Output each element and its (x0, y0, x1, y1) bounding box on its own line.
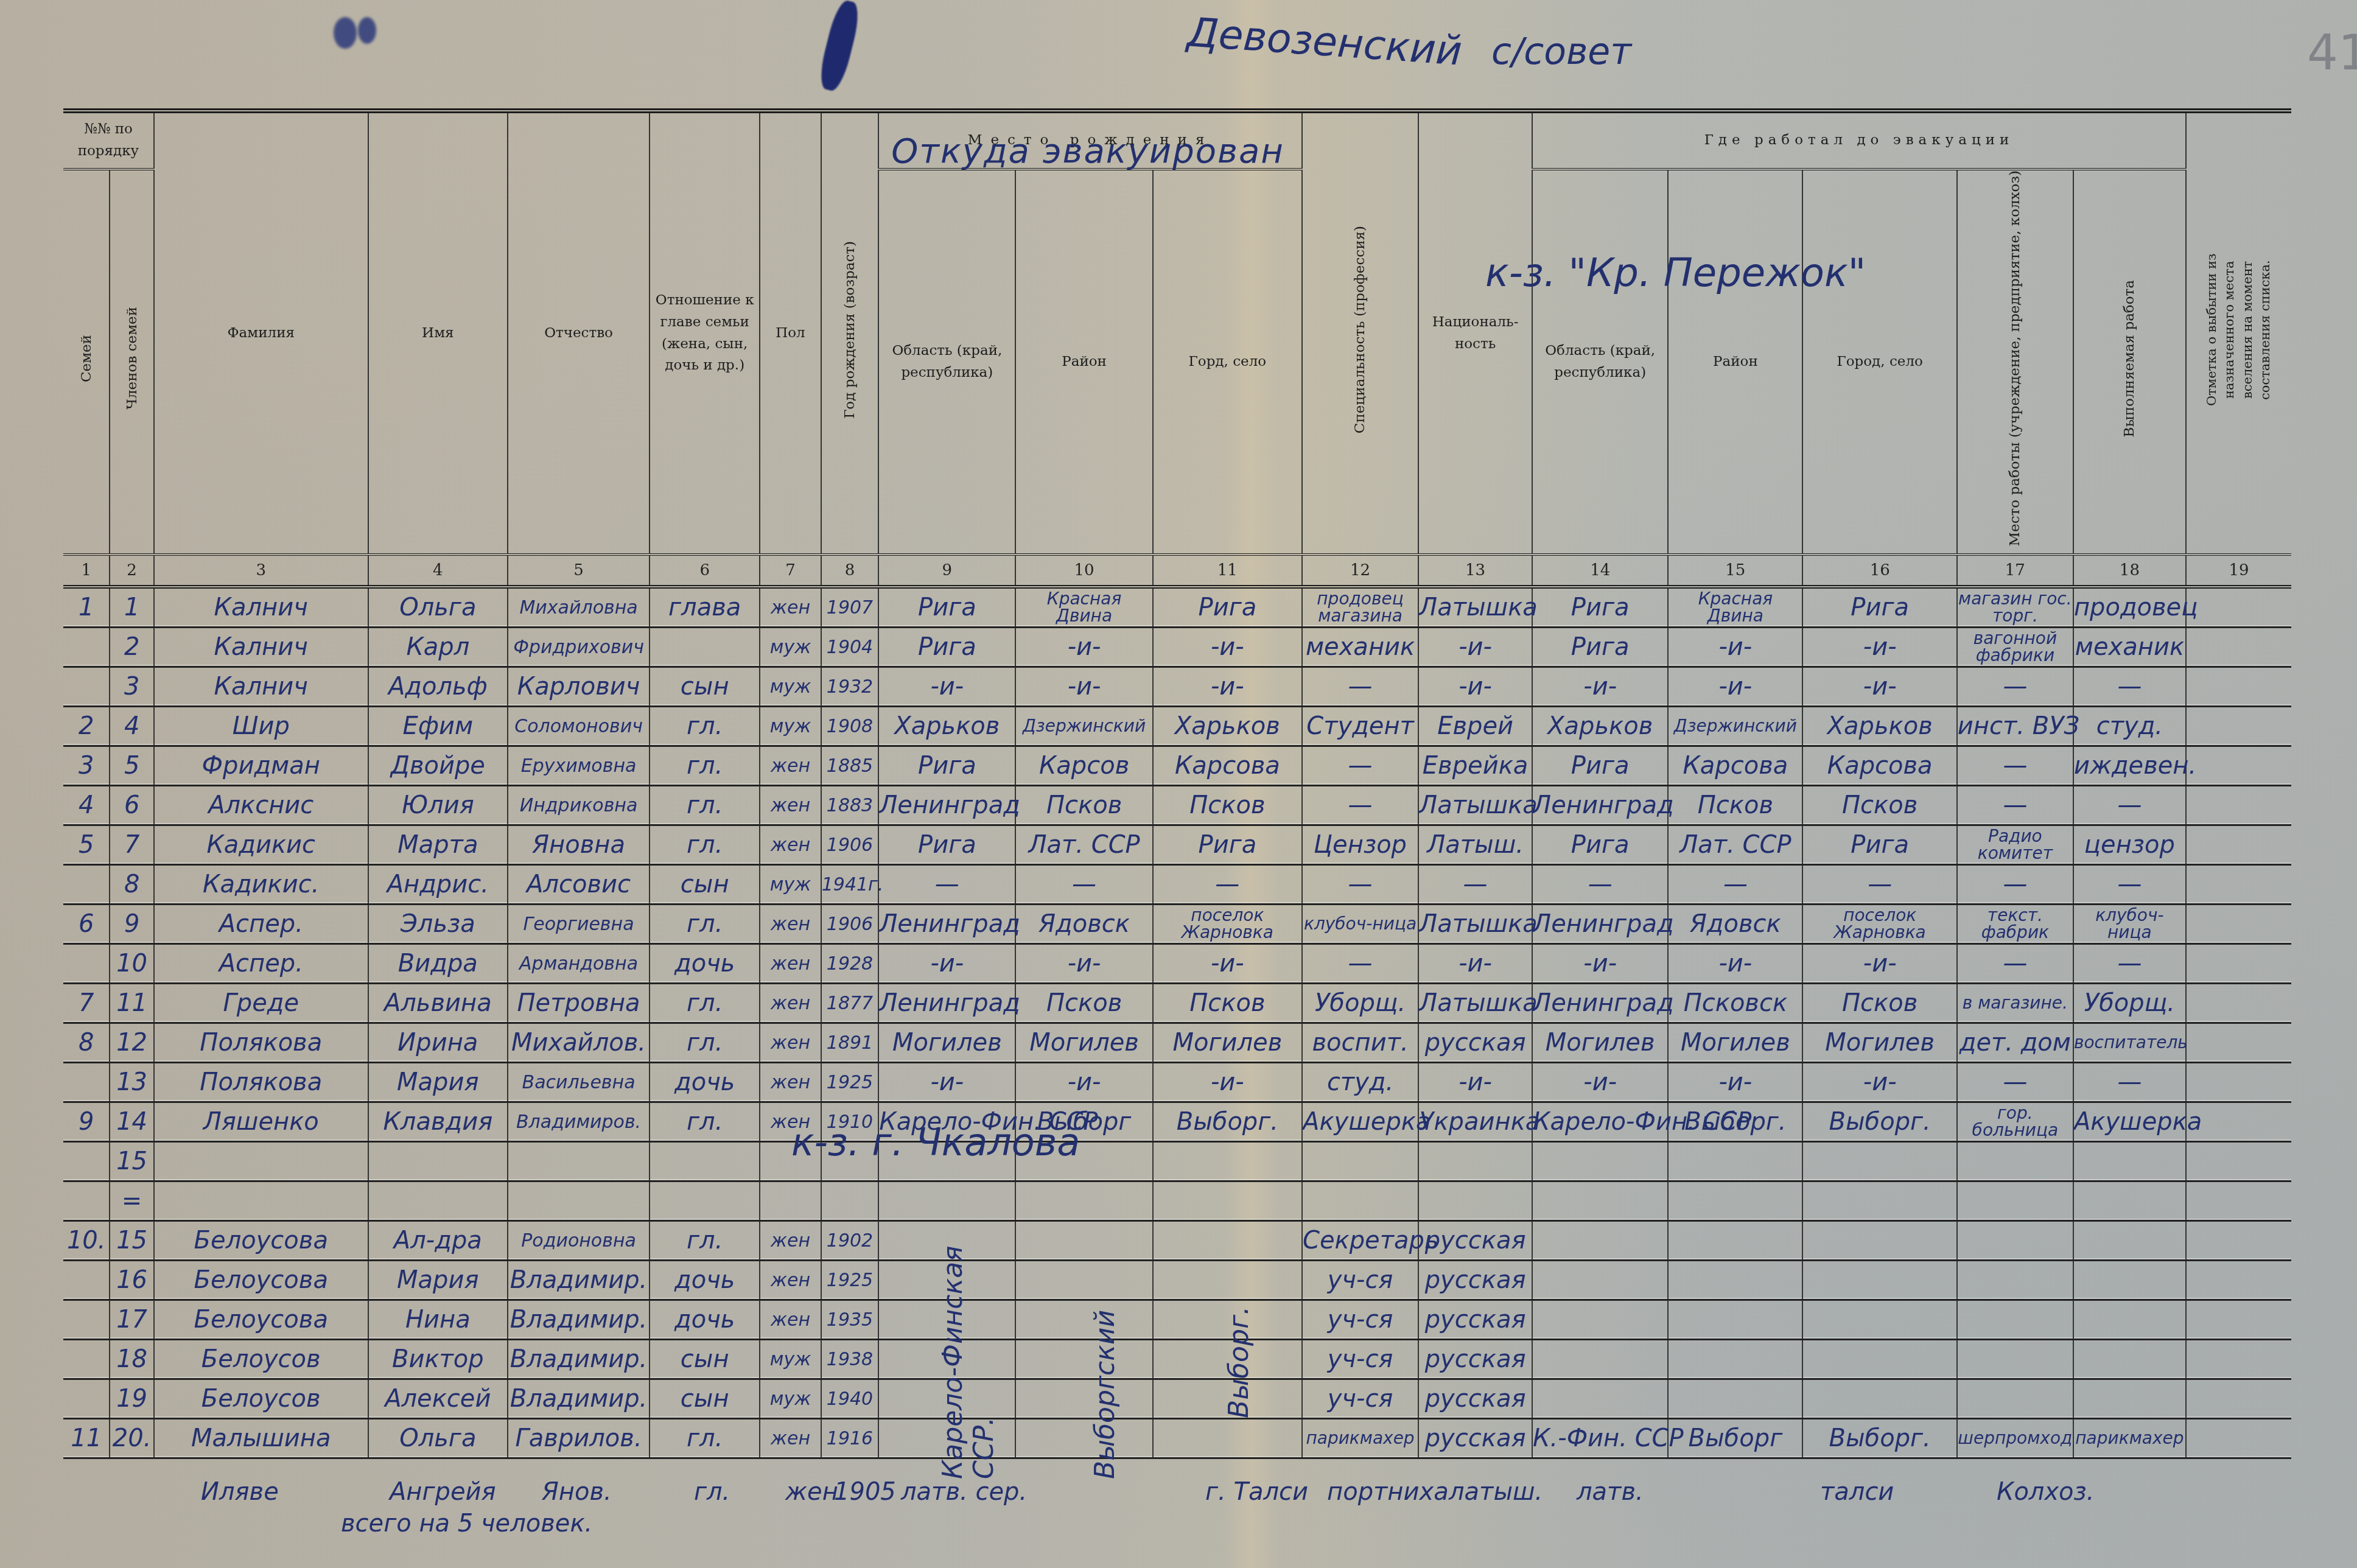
footer-total-note: всего на 5 человек. (341, 1510, 592, 1538)
cell-fam: 8 (63, 1023, 110, 1063)
cell-bp-dist: Ядовск (1015, 905, 1152, 944)
cell-year: 1908 (821, 707, 879, 746)
cell-w-dist: -и- (1668, 1063, 1802, 1102)
cell-w-place: вагонной фабрики (1957, 628, 2073, 667)
cell-nat: Латыш. (1418, 825, 1532, 865)
cell-bp-city: -и- (1153, 667, 1302, 707)
cell-patr: Владимиров. (508, 1102, 650, 1142)
cell-bp-city: Харьков (1153, 707, 1302, 746)
cell-bp-dist: — (1015, 865, 1152, 905)
column-number: 3 (154, 555, 368, 587)
cell-surname: Белоусова (154, 1261, 368, 1300)
cell-note (2186, 1419, 2291, 1458)
cell-w-place: текст. фабрик (1957, 905, 2073, 944)
cell-nat: русская (1418, 1221, 1532, 1261)
cell-note (2186, 984, 2291, 1023)
cell-w-job (2073, 1142, 2186, 1181)
cell-patr: Владимир. (508, 1261, 650, 1300)
cell-w-reg (1532, 1379, 1668, 1419)
cell-w-place: дет. дом (1957, 1023, 2073, 1063)
cell-nat: русская (1418, 1379, 1532, 1419)
cell-w-reg: Ленинград (1532, 786, 1668, 825)
header-birthplace-group: Место рождения Откуда эвакуирован (878, 111, 1302, 169)
cell-w-place (1957, 1340, 2073, 1379)
cell-surname: Аспер. (154, 905, 368, 944)
cell-fam (63, 865, 110, 905)
cell-w-city (1802, 1379, 1956, 1419)
table-row: 17БелоусоваНинаВладимир.дочьжен1935уч-ся… (63, 1300, 2291, 1340)
cell-w-place (1957, 1221, 2073, 1261)
cell-w-job: воспитатель (2073, 1023, 2186, 1063)
cell-surname: Малышина (154, 1419, 368, 1458)
header-surname: Фамилия (154, 111, 368, 555)
belousov-birth-region: Карело-Финская ССР. (937, 1187, 1000, 1479)
cell-w-place: — (1957, 1063, 2073, 1102)
cell-mem: = (110, 1181, 153, 1221)
cell-bp-reg: Ленинград (878, 786, 1015, 825)
cell-spec: механик (1302, 628, 1418, 667)
cell-nat: русская (1418, 1023, 1532, 1063)
cell-year: 1928 (821, 944, 879, 984)
cell-w-place: шерпромход (1957, 1419, 2073, 1458)
header-w-job-text: Выполняемая работа (2120, 280, 2139, 437)
table-row: 1120.МалышинаОльгаГаврилов.гл.жен1916пар… (63, 1419, 2291, 1458)
cell-w-city: -и- (1802, 1063, 1956, 1102)
cell-sex: жен (760, 1261, 821, 1300)
cell-w-dist: -и- (1668, 628, 1802, 667)
header-families: Семей (63, 169, 110, 555)
header-bp-district: Район (1015, 169, 1152, 555)
extra-row-w-reg: латв. (1577, 1478, 1644, 1506)
cell-spec: клубоч-ница (1302, 905, 1418, 944)
cell-fam: 5 (63, 825, 110, 865)
column-number: 10 (1015, 555, 1152, 587)
cell-w-city: Псков (1802, 786, 1956, 825)
cell-bp-city: Псков (1153, 786, 1302, 825)
header-departure-note: Отметка о выбытии из назначенного места … (2186, 111, 2291, 555)
cell-patr: Петровна (508, 984, 650, 1023)
cell-w-place: — (1957, 746, 2073, 786)
cell-year: 1932 (821, 667, 879, 707)
cell-spec: — (1302, 865, 1418, 905)
cell-w-dist (1668, 1261, 1802, 1300)
cell-sex: муж (760, 707, 821, 746)
cell-w-place: — (1957, 865, 2073, 905)
cell-mem: 16 (110, 1261, 153, 1300)
cell-w-dist (1668, 1340, 1802, 1379)
cell-w-dist: Могилев (1668, 1023, 1802, 1063)
table-row: 11КалничОльгаМихайловнаглаважен1907РигаК… (63, 587, 2291, 628)
handwritten-section-note-2: к-з. г. Чкалова (791, 1120, 1080, 1164)
handwritten-section-note-1: к-з. "Кр. Пережок" (1485, 251, 1866, 296)
table-row: 15 (63, 1142, 2291, 1181)
header-bp-city: Горд, село (1153, 169, 1302, 555)
cell-name (368, 1181, 508, 1221)
extra-row-nat: латыш. (1449, 1478, 1543, 1506)
cell-rel: сын (650, 667, 760, 707)
cell-bp-dist: -и- (1015, 628, 1152, 667)
extra-row-year: 1905 (834, 1478, 896, 1506)
cell-sex: жен (760, 944, 821, 984)
cell-surname: Кадикис (154, 825, 368, 865)
cell-mem: 8 (110, 865, 153, 905)
extra-row-w-place: Колхоз. (1997, 1478, 2095, 1506)
cell-rel: гл. (650, 1419, 760, 1458)
cell-rel: дочь (650, 1300, 760, 1340)
header-order: №№ по порядку (63, 111, 154, 169)
cell-patr: Соломонович (508, 707, 650, 746)
cell-w-dist: Выборг (1668, 1419, 1802, 1458)
cell-w-dist: Дзержинский (1668, 707, 1802, 746)
cell-w-job: — (2073, 1063, 2186, 1102)
cell-bp-reg: Ленинград (878, 905, 1015, 944)
cell-w-reg (1532, 1261, 1668, 1300)
cell-note (2186, 1379, 2291, 1419)
cell-w-job (2073, 1181, 2186, 1221)
handwritten-evacuated-from: Откуда эвакуирован (891, 125, 1284, 178)
cell-bp-reg: Харьков (878, 707, 1015, 746)
header-sex: Пол (760, 111, 821, 555)
cell-bp-reg: — (878, 865, 1015, 905)
cell-w-job: Уборщ. (2073, 984, 2186, 1023)
cell-sex: жен (760, 786, 821, 825)
cell-w-city: Рига (1802, 825, 1956, 865)
cell-patr: Васильевна (508, 1063, 650, 1102)
cell-year: 1916 (821, 1419, 879, 1458)
cell-mem: 15 (110, 1221, 153, 1261)
cell-note (2186, 1063, 2291, 1102)
cell-name: Альвина (368, 984, 508, 1023)
header-members: Членов семей (110, 169, 153, 555)
cell-w-dist (1668, 1181, 1802, 1221)
header-patronymic: Отчество (508, 111, 650, 555)
cell-spec (1302, 1142, 1418, 1181)
cell-w-dist: -и- (1668, 944, 1802, 984)
cell-bp-dist: Лат. ССР (1015, 825, 1152, 865)
cell-nat: Латышка (1418, 786, 1532, 825)
cell-w-reg: -и- (1532, 1063, 1668, 1102)
table-row: 711ГредеАльвинаПетровнагл.жен1877Ленингр… (63, 984, 2291, 1023)
cell-w-place: — (1957, 786, 2073, 825)
cell-year: 1935 (821, 1300, 879, 1340)
cell-nat: русская (1418, 1261, 1532, 1300)
cell-patr: Яновна (508, 825, 650, 865)
cell-w-dist: Псков (1668, 786, 1802, 825)
cell-w-reg: Рига (1532, 746, 1668, 786)
header-nationality: Националь-ность (1418, 111, 1532, 555)
cell-note (2186, 825, 2291, 865)
cell-bp-dist (1015, 1340, 1152, 1379)
cell-note (2186, 587, 2291, 628)
cell-w-dist: Выборг. (1668, 1102, 1802, 1142)
cell-patr: Гаврилов. (508, 1419, 650, 1458)
cell-name: Мария (368, 1261, 508, 1300)
cell-year: 1883 (821, 786, 879, 825)
cell-w-city: Карсова (1802, 746, 1956, 786)
header-bp-region: Область (край, республика) (878, 169, 1015, 555)
cell-name: Ольга (368, 1419, 508, 1458)
cell-nat: — (1418, 865, 1532, 905)
header-w-job: Выполняемая работа (2073, 169, 2186, 555)
cell-w-place (1957, 1181, 2073, 1221)
table-row: 24ШирЕфимСоломоновичгл.муж1908ХарьковДзе… (63, 707, 2291, 746)
cell-bp-city: Карсова (1153, 746, 1302, 786)
extra-row-bp-reg: латв. сер. (901, 1478, 1027, 1506)
header-w-place-text: Место работы (учреждение, предприятие, к… (2005, 170, 2025, 546)
cell-surname: Алкснис (154, 786, 368, 825)
cell-fam: 6 (63, 905, 110, 944)
cell-mem: 6 (110, 786, 153, 825)
cell-bp-reg: -и- (878, 944, 1015, 984)
cell-w-city: Псков (1802, 984, 1956, 1023)
header-w-city: Город, село (1802, 169, 1956, 555)
cell-note (2186, 1221, 2291, 1261)
cell-w-city (1802, 1300, 1956, 1340)
cell-year: 1904 (821, 628, 879, 667)
cell-fam (63, 1063, 110, 1102)
cell-sex: жен (760, 1023, 821, 1063)
cell-name: Ирина (368, 1023, 508, 1063)
cell-sex: жен (760, 984, 821, 1023)
cell-w-job: — (2073, 865, 2186, 905)
cell-note (2186, 628, 2291, 667)
cell-bp-city: -и- (1153, 1063, 1302, 1102)
cell-nat: русская (1418, 1419, 1532, 1458)
cell-nat: Латышка (1418, 984, 1532, 1023)
cell-bp-reg: Могилев (878, 1023, 1015, 1063)
extra-row-rel: гл. (694, 1478, 730, 1506)
cell-sex: жен (760, 825, 821, 865)
cell-patr: Ерухимовна (508, 746, 650, 786)
cell-name: Алексей (368, 1379, 508, 1419)
cell-w-job: — (2073, 944, 2186, 984)
table-row: 8Кадикис.Андрис.Алсовиссынмуж1941г.—————… (63, 865, 2291, 905)
cell-spec: Акушерка (1302, 1102, 1418, 1142)
header-first-name: Имя (368, 111, 508, 555)
cell-spec: воспит. (1302, 1023, 1418, 1063)
cell-nat: Еврейка (1418, 746, 1532, 786)
cell-w-dist: Псковск (1668, 984, 1802, 1023)
belousov-birth-city: Выборг. (1224, 1236, 1255, 1418)
cell-note (2186, 1142, 2291, 1181)
cell-nat: Латышка (1418, 905, 1532, 944)
cell-w-place (1957, 1261, 2073, 1300)
cell-w-reg: Ленинград (1532, 905, 1668, 944)
cell-mem: 19 (110, 1379, 153, 1419)
cell-bp-dist: Дзержинский (1015, 707, 1152, 746)
cell-w-dist: -и- (1668, 667, 1802, 707)
cell-w-city: Выборг. (1802, 1419, 1956, 1458)
cell-w-city: — (1802, 865, 1956, 905)
cell-sex: жен (760, 1300, 821, 1340)
cell-bp-reg: -и- (878, 667, 1015, 707)
cell-bp-city (1153, 1419, 1302, 1458)
header-specialty: Специальность (профессия) (1302, 111, 1418, 555)
header-relation-text: Отношение к главе семьи (жена, сын, дочь… (656, 292, 754, 373)
cell-w-place: Радио комитет (1957, 825, 2073, 865)
cell-w-city: Рига (1802, 587, 1956, 628)
cell-sex: жен (760, 1063, 821, 1102)
cell-year: 1902 (821, 1221, 879, 1261)
cell-spec: Уборщ. (1302, 984, 1418, 1023)
cell-surname: Полякова (154, 1063, 368, 1102)
cell-w-city: поселок Жарновка (1802, 905, 1956, 944)
cell-spec: уч-ся (1302, 1340, 1418, 1379)
cell-mem: 12 (110, 1023, 153, 1063)
cell-surname: Калнич (154, 628, 368, 667)
header-departure-note-text: Отметка о выбытии из назначенного места … (2203, 229, 2275, 430)
cell-rel: гл. (650, 984, 760, 1023)
cell-patr: Родионовна (508, 1221, 650, 1261)
cell-w-city: Могилев (1802, 1023, 1956, 1063)
cell-nat (1418, 1142, 1532, 1181)
cell-rel: гл. (650, 707, 760, 746)
cell-fam: 10. (63, 1221, 110, 1261)
cell-patr: Карлович (508, 667, 650, 707)
cell-mem: 13 (110, 1063, 153, 1102)
cell-w-reg (1532, 1340, 1668, 1379)
cell-patr: Владимир. (508, 1340, 650, 1379)
cell-bp-city: поселок Жарновка (1153, 905, 1302, 944)
cell-rel (650, 628, 760, 667)
cell-spec: Секретарь (1302, 1221, 1418, 1261)
cell-mem: 1 (110, 587, 153, 628)
cell-patr: Алсовис (508, 865, 650, 905)
cell-year: 1907 (821, 587, 879, 628)
cell-w-reg: Харьков (1532, 707, 1668, 746)
cell-w-reg: К.-Фин. ССР (1532, 1419, 1668, 1458)
cell-sex: жен (760, 1221, 821, 1261)
cell-name: Марта (368, 825, 508, 865)
cell-bp-dist (1015, 1261, 1152, 1300)
cell-rel: гл. (650, 1023, 760, 1063)
cell-w-reg (1532, 1300, 1668, 1340)
cell-note (2186, 667, 2291, 707)
cell-bp-city: -и- (1153, 944, 1302, 984)
cell-w-city: -и- (1802, 667, 1956, 707)
cell-spec (1302, 1181, 1418, 1221)
cell-mem: 4 (110, 707, 153, 746)
cell-bp-dist (1015, 1419, 1152, 1458)
cell-w-job: парикмахер (2073, 1419, 2186, 1458)
table-row: 46АлкснисЮлияИндриковнагл.жен1883Ленингр… (63, 786, 2291, 825)
cell-w-city: -и- (1802, 944, 1956, 984)
cell-note (2186, 746, 2291, 786)
cell-w-job (2073, 1221, 2186, 1261)
cell-w-dist (1668, 1379, 1802, 1419)
cell-sex: жен (760, 1419, 821, 1458)
cell-surname: Шир (154, 707, 368, 746)
cell-spec: Студент (1302, 707, 1418, 746)
cell-spec: уч-ся (1302, 1300, 1418, 1340)
cell-w-place (1957, 1300, 2073, 1340)
cell-spec: — (1302, 786, 1418, 825)
cell-fam (63, 1181, 110, 1221)
cell-w-job (2073, 1261, 2186, 1300)
cell-year: 1906 (821, 905, 879, 944)
cell-rel: дочь (650, 1261, 760, 1300)
cell-fam (63, 1261, 110, 1300)
cell-w-job (2073, 1300, 2186, 1340)
column-number-row: 12345678910111213141516171819 (63, 555, 2291, 587)
cell-patr: Георгиевна (508, 905, 650, 944)
header-w-region: Область (край, республика) (1532, 169, 1668, 555)
cell-w-reg: Рига (1532, 825, 1668, 865)
cell-name (368, 1142, 508, 1181)
cell-w-job: механик (2073, 628, 2186, 667)
cell-w-job: Акушерка (2073, 1102, 2186, 1142)
cell-year: 1925 (821, 1261, 879, 1300)
cell-rel: глава (650, 587, 760, 628)
cell-bp-dist: Псков (1015, 984, 1152, 1023)
cell-nat: -и- (1418, 1063, 1532, 1102)
cell-w-job: — (2073, 786, 2186, 825)
cell-patr: Фридрихович (508, 628, 650, 667)
cell-bp-city: Выборг. (1153, 1102, 1302, 1142)
ink-blot (334, 17, 357, 49)
cell-w-place (1957, 1379, 2073, 1419)
cell-name: Андрис. (368, 865, 508, 905)
cell-spec: Цензор (1302, 825, 1418, 865)
cell-w-dist: Лат. ССР (1668, 825, 1802, 865)
cell-spec: — (1302, 667, 1418, 707)
cell-surname: Калнич (154, 587, 368, 628)
cell-w-place: гор. больница (1957, 1102, 2073, 1142)
cell-nat: русская (1418, 1300, 1532, 1340)
cell-mem: 18 (110, 1340, 153, 1379)
handwritten-title-suffix: с/совет (1491, 30, 1631, 73)
cell-w-place: — (1957, 944, 2073, 984)
cell-year: 1906 (821, 825, 879, 865)
cell-note (2186, 905, 2291, 944)
cell-bp-dist (1015, 1379, 1152, 1419)
cell-bp-dist: -и- (1015, 667, 1152, 707)
cell-patr: Армандовна (508, 944, 650, 984)
cell-w-city: -и- (1802, 628, 1956, 667)
cell-w-place: в магазине. (1957, 984, 2073, 1023)
cell-year: 1877 (821, 984, 879, 1023)
cell-w-city: Выборг. (1802, 1102, 1956, 1142)
column-number: 19 (2186, 555, 2291, 587)
cell-fam (63, 667, 110, 707)
extra-row-w-city: талси (1820, 1478, 1894, 1506)
cell-sex: муж (760, 1340, 821, 1379)
cell-mem: 11 (110, 984, 153, 1023)
cell-bp-city: -и- (1153, 628, 1302, 667)
cell-fam: 11 (63, 1419, 110, 1458)
cell-nat: русская (1418, 1340, 1532, 1379)
header-birth-year: Год рождения (возраст) (821, 111, 879, 555)
cell-bp-reg: -и- (878, 1063, 1015, 1102)
column-number: 16 (1802, 555, 1956, 587)
cell-w-reg: Ленинград (1532, 984, 1668, 1023)
header-relation: Отношение к главе семьи (жена, сын, дочь… (650, 111, 760, 555)
cell-w-city: Харьков (1802, 707, 1956, 746)
cell-w-job: — (2073, 667, 2186, 707)
table-row: 2КалничКарлФридриховичмуж1904Рига-и--и-м… (63, 628, 2291, 667)
cell-bp-city (1153, 1181, 1302, 1221)
cell-name: Клавдия (368, 1102, 508, 1142)
cell-name: Двойре (368, 746, 508, 786)
cell-rel: сын (650, 1340, 760, 1379)
cell-name: Ефим (368, 707, 508, 746)
cell-name: Мария (368, 1063, 508, 1102)
header-work-group: Где работал до эвакуации (1532, 111, 2186, 169)
cell-w-city (1802, 1142, 1956, 1181)
cell-note (2186, 1261, 2291, 1300)
cell-patr (508, 1142, 650, 1181)
column-number: 13 (1418, 555, 1532, 587)
